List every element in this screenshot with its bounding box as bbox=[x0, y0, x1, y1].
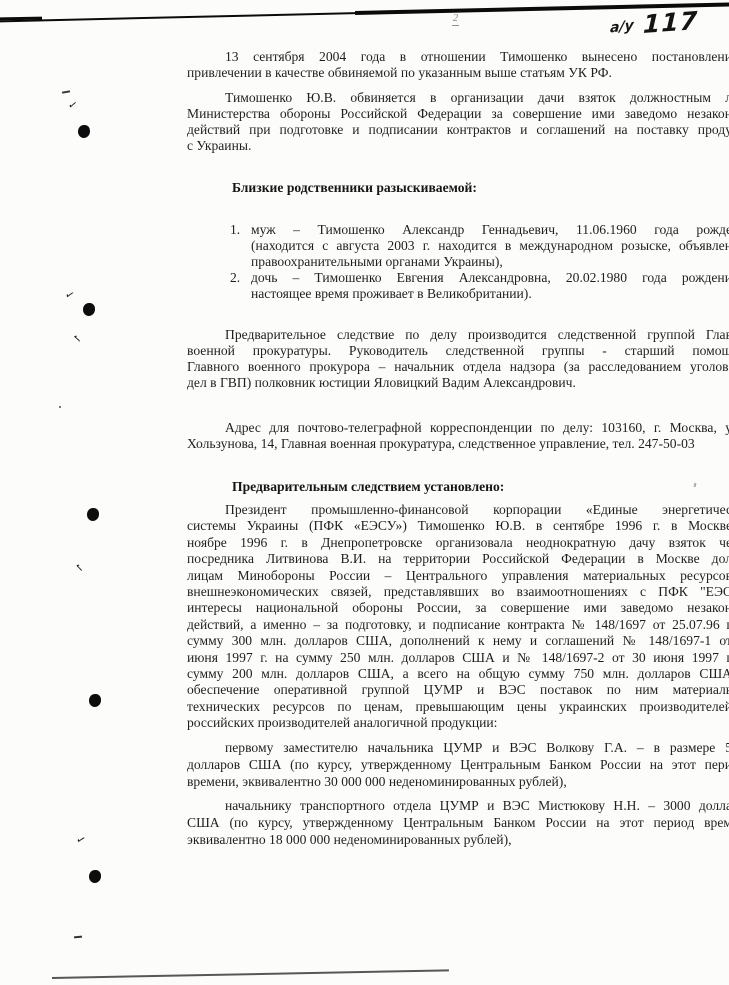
text-line: сумму 300 млн. долларов США, дополнений … bbox=[187, 633, 729, 649]
text-line: дочь – Тимошенко Евгения Александровна, … bbox=[251, 270, 729, 286]
text-line: привлечении в качестве обвиняемой по ука… bbox=[187, 65, 729, 81]
hole-punch-dot bbox=[83, 303, 95, 316]
text-line: эквивалентно 18 000 000 неденоминированн… bbox=[187, 831, 729, 848]
text-line: посредника Литвинова В.И. на территории … bbox=[187, 551, 729, 567]
text-line: правоохранительными органами Украины), bbox=[251, 254, 729, 270]
pencil-tick-mark: ✓ bbox=[67, 99, 81, 113]
text-line: начальнику транспортного отдела ЦУМР и В… bbox=[187, 797, 729, 814]
text-line: Министерства обороны Российской Федераци… bbox=[187, 106, 729, 122]
list-item-text: муж – Тимошенко Александр Геннадьевич, 1… bbox=[251, 222, 729, 270]
list-number: 2. bbox=[230, 270, 240, 286]
pencil-tick-mark: ✓ bbox=[71, 562, 85, 576]
text-line: интересы национальной обороны России, за… bbox=[187, 600, 729, 616]
text-line: ноябре 1996 г. в Днепропетровске организ… bbox=[187, 535, 729, 551]
pencil-dash-mark bbox=[62, 90, 70, 93]
list-item-text: дочь – Тимошенко Евгения Александровна, … bbox=[251, 270, 729, 302]
text-line: лицам Минобороны России – Центрального у… bbox=[187, 568, 729, 584]
text-line: настоящее время проживает в Великобритан… bbox=[251, 286, 729, 302]
relatives-heading: Близкие родственники разыскиваемой: bbox=[232, 179, 477, 196]
hole-punch-dot bbox=[87, 508, 99, 521]
text-line: внешнеэкономических связей, представлявш… bbox=[187, 584, 729, 600]
hole-punch-dot bbox=[89, 870, 101, 883]
text-line: действий при подготовке и подписании кон… bbox=[187, 122, 729, 138]
established-heading: Предварительным следствием установлено: bbox=[232, 478, 504, 495]
pencil-tick-mark: ✓ bbox=[69, 333, 82, 346]
list-number: 1. bbox=[230, 222, 240, 238]
paragraph-investigation-group: Предварительное следствие по делу произв… bbox=[187, 327, 729, 391]
text-line: долларов США (по курсу, утвержденному Це… bbox=[187, 756, 729, 773]
text-line: Адрес для почтово-телеграфной корреспонд… bbox=[187, 420, 729, 436]
text-line: дел в ГВП) полковник юстиции Яловицкий В… bbox=[187, 375, 729, 391]
text-line: муж – Тимошенко Александр Геннадьевич, 1… bbox=[251, 222, 729, 238]
text-line: обеспечение оперативной группой ЦУМР и В… bbox=[187, 682, 729, 698]
scan-speck bbox=[59, 406, 61, 408]
text-line: с Украины. bbox=[187, 138, 729, 154]
text-line: первому заместителю начальника ЦУМР и ВЭ… bbox=[187, 739, 729, 756]
paragraph-accusation: Тимошенко Ю.В. обвиняется в организации … bbox=[187, 90, 729, 154]
text-line: технических ресурсов по ценам, превышающ… bbox=[187, 699, 729, 715]
text-line: (находится с августа 2003 г. находится в… bbox=[251, 238, 729, 254]
text-line: Предварительное следствие по делу произв… bbox=[187, 327, 729, 343]
hole-punch-dot bbox=[89, 694, 101, 707]
paragraph-bribe-mistyukov: начальнику транспортного отдела ЦУМР и В… bbox=[187, 797, 729, 848]
document-text-column: 13 сентября 2004 года в отношении Тимоше… bbox=[187, 0, 729, 985]
paragraph-bribe-volkov: первому заместителю начальника ЦУМР и ВЭ… bbox=[187, 739, 729, 790]
text-line: системы Украины (ПФК «ЕЭСУ») Тимошенко Ю… bbox=[187, 518, 729, 534]
text-line: Президент промышленно-финансовой корпора… bbox=[187, 502, 729, 518]
text-line: сумму 200 млн. долларов США, а всего на … bbox=[187, 666, 729, 682]
text-line: Тимошенко Ю.В. обвиняется в организации … bbox=[187, 90, 729, 106]
text-line: Главного военного прокурора – начальник … bbox=[187, 359, 729, 375]
pencil-tick-mark: ✓ bbox=[74, 833, 89, 848]
text-line: июня 1997 г. на сумму 250 млн. долларов … bbox=[187, 650, 729, 666]
relative-list-item: 2. дочь – Тимошенко Евгения Александровн… bbox=[187, 270, 729, 302]
paragraph-charge-decree: 13 сентября 2004 года в отношении Тимоше… bbox=[187, 49, 729, 81]
relative-list-item: 1. муж – Тимошенко Александр Геннадьевич… bbox=[187, 222, 729, 270]
text-line: военной прокуратуры. Руководитель следст… bbox=[187, 343, 729, 359]
text-line: времени, эквивалентно 30 000 000 неденом… bbox=[187, 773, 729, 790]
text-line: российских производителей аналогичной пр… bbox=[187, 715, 729, 731]
pencil-dash-mark bbox=[74, 936, 82, 938]
paragraph-postal-address: Адрес для почтово-телеграфной корреспонд… bbox=[187, 420, 729, 452]
hole-punch-dot bbox=[78, 125, 90, 138]
text-line: Хользунова, 14, Главная военная прокурат… bbox=[187, 436, 729, 452]
scanned-document-page: 2 а/у 117 ✓ ✓ ✓ ✓ ✓ 13 сентября 2004 год… bbox=[0, 0, 729, 985]
text-line: действий, а именно – за подготовку, и по… bbox=[187, 617, 729, 633]
text-line: США (по курсу, утвержденному Центральным… bbox=[187, 814, 729, 831]
paragraph-case-details: Президент промышленно-финансовой корпора… bbox=[187, 502, 729, 731]
text-line: 13 сентября 2004 года в отношении Тимоше… bbox=[187, 49, 729, 65]
pencil-tick-mark: ✓ bbox=[63, 288, 78, 303]
